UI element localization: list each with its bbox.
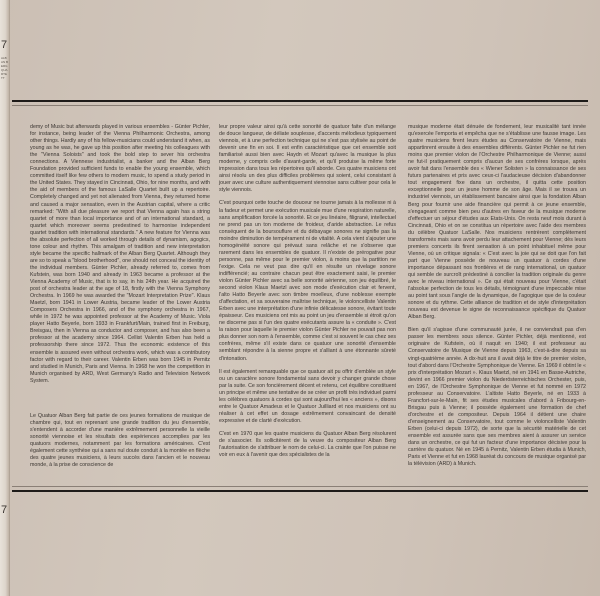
text-column-french-1: leur propre valeur ainsi qu'à cette sono… [219, 124, 396, 465]
paragraph: Le Quatuor Alban Berg fait partie de ces… [30, 413, 210, 469]
paragraph: musique moderne était dénuée de fondemen… [408, 124, 586, 321]
paragraph: Bien qu'il s'agisse d'une communauté jur… [408, 327, 586, 468]
paragraph: leur propre valeur ainsi qu'à cette sono… [219, 124, 396, 194]
paragraph: demy of Music but afterwards played in v… [30, 124, 210, 385]
paragraph: C'est pourquoi cette touche de douceur n… [219, 200, 396, 362]
record-sleeve-back: 7 ALBAN BERG QUARTETT 7 demy of Music bu… [0, 0, 600, 596]
paragraph: Il est également remarquable que ce quat… [219, 369, 396, 425]
spine-text: ALBAN BERG QUARTETT [1, 56, 8, 196]
text-column-english: demy of Music but afterwards played in v… [30, 124, 210, 475]
spine-number-bottom: 7 [1, 505, 7, 516]
top-rule-thick [12, 100, 588, 102]
paragraph-gap [30, 391, 210, 413]
spine-edge: 7 ALBAN BERG QUARTETT 7 [0, 0, 10, 596]
top-rule-thin [12, 105, 588, 106]
spine-number: 7 [1, 40, 7, 51]
bottom-rule-thick [12, 490, 588, 492]
text-column-french-2: musique moderne était dénuée de fondemen… [408, 124, 586, 474]
bottom-rule-thin [12, 486, 588, 487]
paragraph: C'est en 1970 que les quatre musiciens d… [219, 431, 396, 459]
